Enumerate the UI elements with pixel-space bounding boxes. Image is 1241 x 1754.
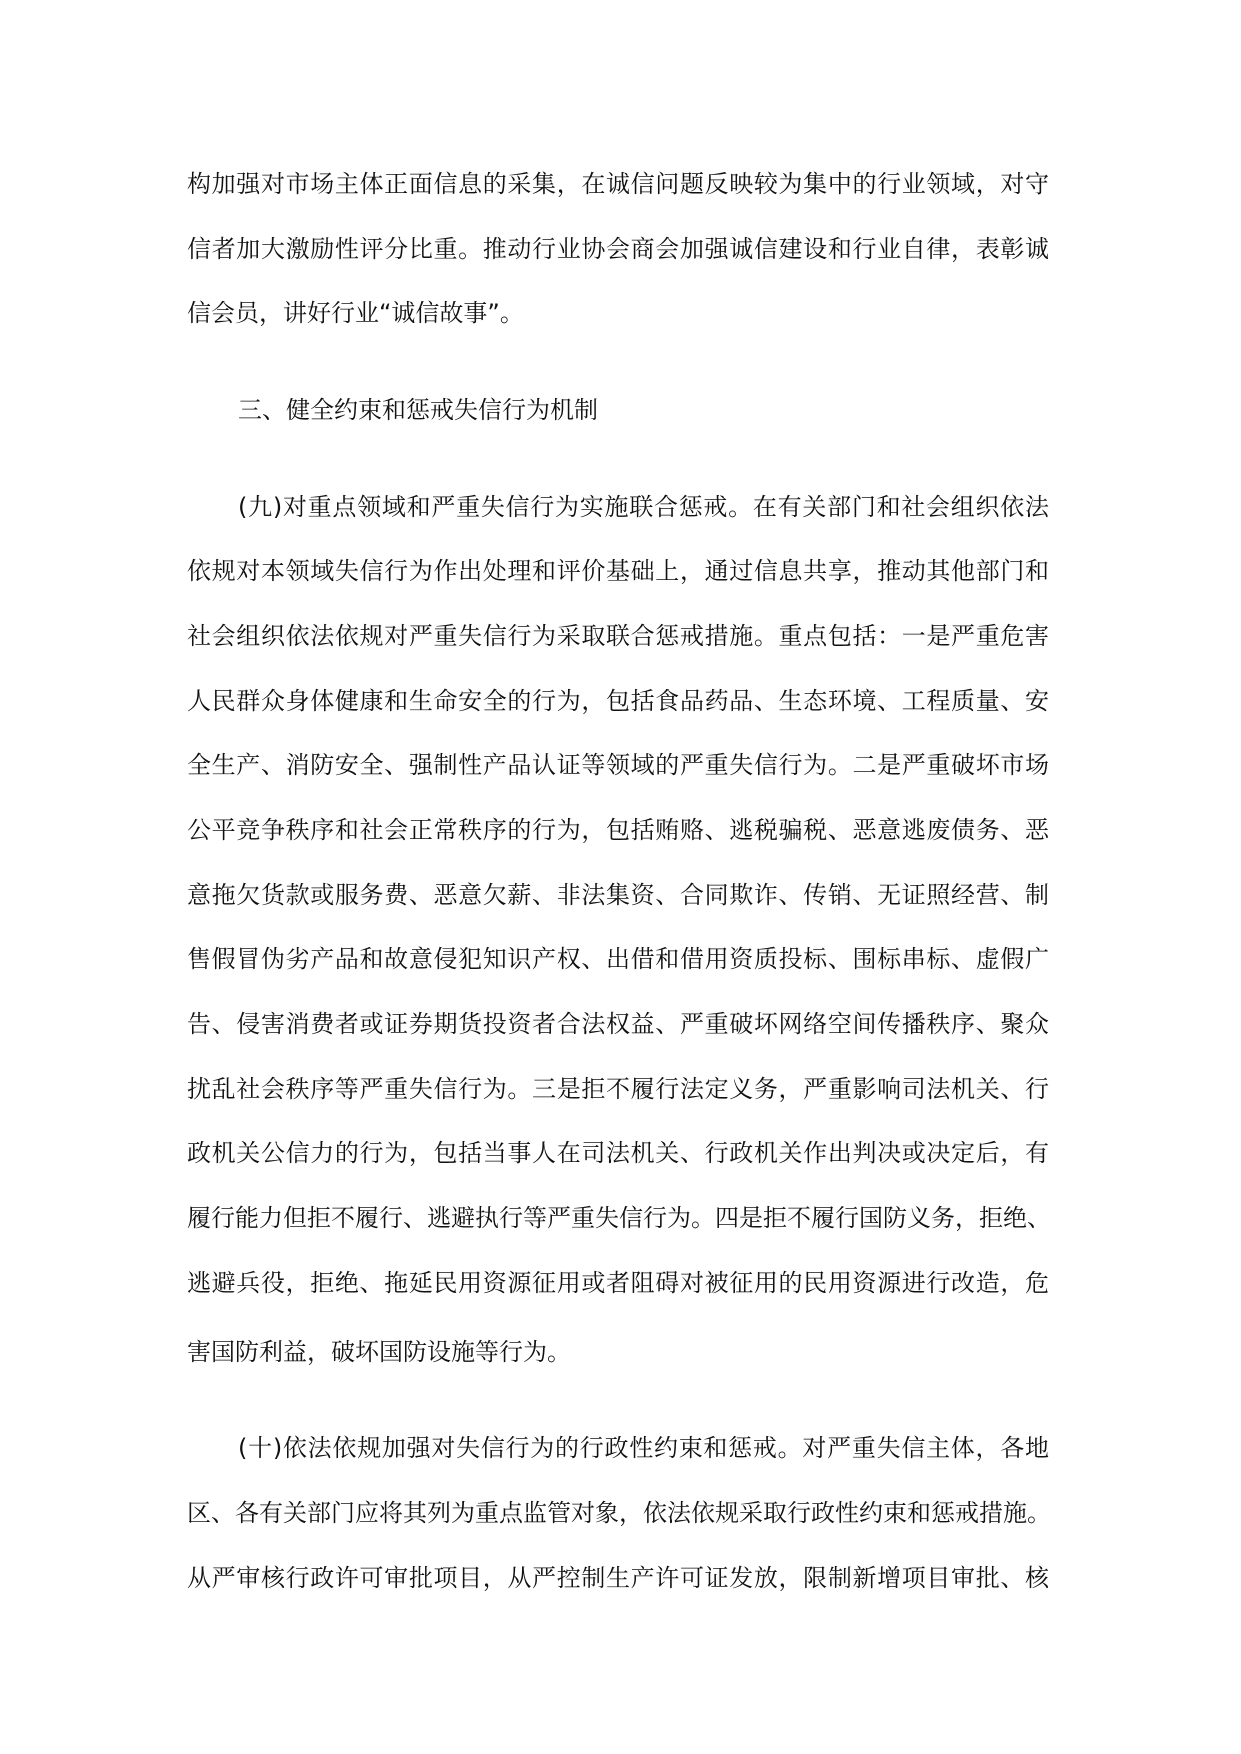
- paragraph-line: 逃避兵役，拒绝、拖延民用资源征用或者阻碍对被征用的民用资源进行改造，危: [187, 1267, 1049, 1299]
- paragraph-line: 告、侵害消费者或证券期货投资者合法权益、严重破坏网络空间传播秩序、聚众: [187, 1008, 1049, 1040]
- paragraph-line: (九)对重点领域和严重失信行为实施联合惩戒。在有关部门和社会组织依法: [238, 491, 1049, 523]
- paragraph-line: 依规对本领域失信行为作出处理和评价基础上，通过信息共享，推动其他部门和: [187, 555, 1049, 587]
- paragraph-line: 政机关公信力的行为，包括当事人在司法机关、行政机关作出判决或决定后，有: [187, 1137, 1049, 1169]
- document-page: 构加强对市场主体正面信息的采集，在诚信问题反映较为集中的行业领域，对守 信者加大…: [0, 0, 1241, 1754]
- paragraph-line: 信者加大激励性评分比重。推动行业协会商会加强诚信建设和行业自律，表彰诚: [187, 233, 1049, 265]
- paragraph-line: 全生产、消防安全、强制性产品认证等领域的严重失信行为。二是严重破坏市场: [187, 749, 1049, 781]
- paragraph-line: 区、各有关部门应将其列为重点监管对象，依法依规采取行政性约束和惩戒措施。: [187, 1497, 1049, 1529]
- paragraph-line: 公平竞争秩序和社会正常秩序的行为，包括贿赂、逃税骗税、恶意逃废债务、恶: [187, 814, 1049, 846]
- paragraph-line: 害国防利益，破坏国防设施等行为。: [187, 1336, 1049, 1368]
- paragraph-line: 履行能力但拒不履行、逃避执行等严重失信行为。四是拒不履行国防义务，拒绝、: [187, 1202, 1049, 1234]
- paragraph-line: 信会员，讲好行业“诚信故事”。: [187, 297, 1049, 329]
- paragraph-line: 人民群众身体健康和生命安全的行为，包括食品药品、生态环境、工程质量、安: [187, 685, 1049, 717]
- paragraph-line: (十)依法依规加强对失信行为的行政性约束和惩戒。对严重失信主体，各地: [238, 1432, 1049, 1464]
- section-heading: 三、健全约束和惩戒失信行为机制: [238, 394, 1049, 426]
- paragraph-line: 扰乱社会秩序等严重失信行为。三是拒不履行法定义务，严重影响司法机关、行: [187, 1073, 1049, 1105]
- paragraph-line: 从严审核行政许可审批项目，从严控制生产许可证发放，限制新增项目审批、核: [187, 1562, 1049, 1594]
- paragraph-line: 社会组织依法依规对严重失信行为采取联合惩戒措施。重点包括：一是严重危害: [187, 620, 1049, 652]
- paragraph-line: 意拖欠货款或服务费、恶意欠薪、非法集资、合同欺诈、传销、无证照经营、制: [187, 879, 1049, 911]
- paragraph-line: 构加强对市场主体正面信息的采集，在诚信问题反映较为集中的行业领域，对守: [187, 168, 1049, 200]
- paragraph-line: 售假冒伪劣产品和故意侵犯知识产权、出借和借用资质投标、围标串标、虚假广: [187, 943, 1049, 975]
